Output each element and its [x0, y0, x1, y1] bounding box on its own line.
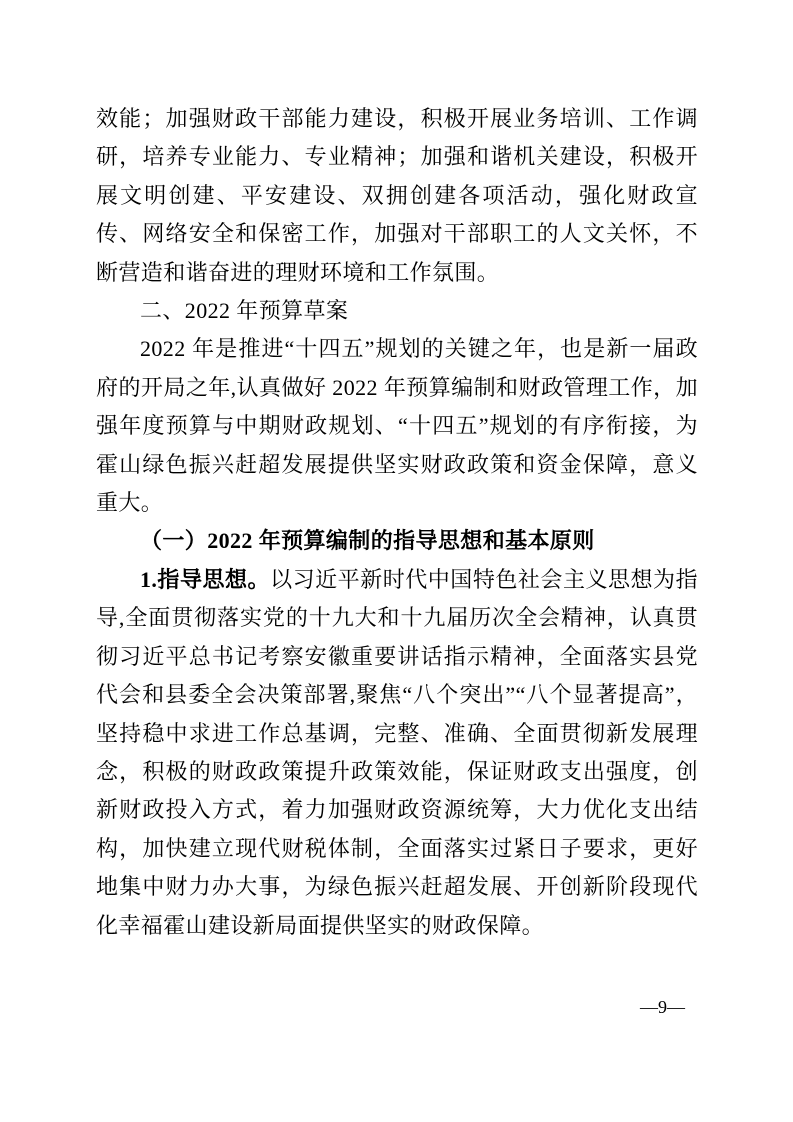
document-body: 效能；加强财政干部能力建设，积极开展业务培训、工作调研，培养专业能力、专业精神；…: [96, 100, 698, 945]
section-heading: 二、2022 年预算草案: [96, 292, 698, 330]
subsection-heading: （一）2022 年预算编制的指导思想和基本原则: [96, 522, 698, 560]
paragraph: 2022 年是推进“十四五”规划的关键之年，也是新一届政府的开局之年,认真做好 …: [96, 330, 698, 522]
paragraph-lead: 1.指导思想。: [140, 567, 270, 592]
page-number: —9—: [640, 996, 685, 1018]
paragraph: 1.指导思想。以习近平新时代中国特色社会主义思想为指导,全面贯彻落实党的十九大和…: [96, 561, 698, 945]
document-page: 效能；加强财政干部能力建设，积极开展业务培训、工作调研，培养专业能力、专业精神；…: [0, 0, 793, 1122]
paragraph-continuation: 效能；加强财政干部能力建设，积极开展业务培训、工作调研，培养专业能力、专业精神；…: [96, 100, 698, 292]
